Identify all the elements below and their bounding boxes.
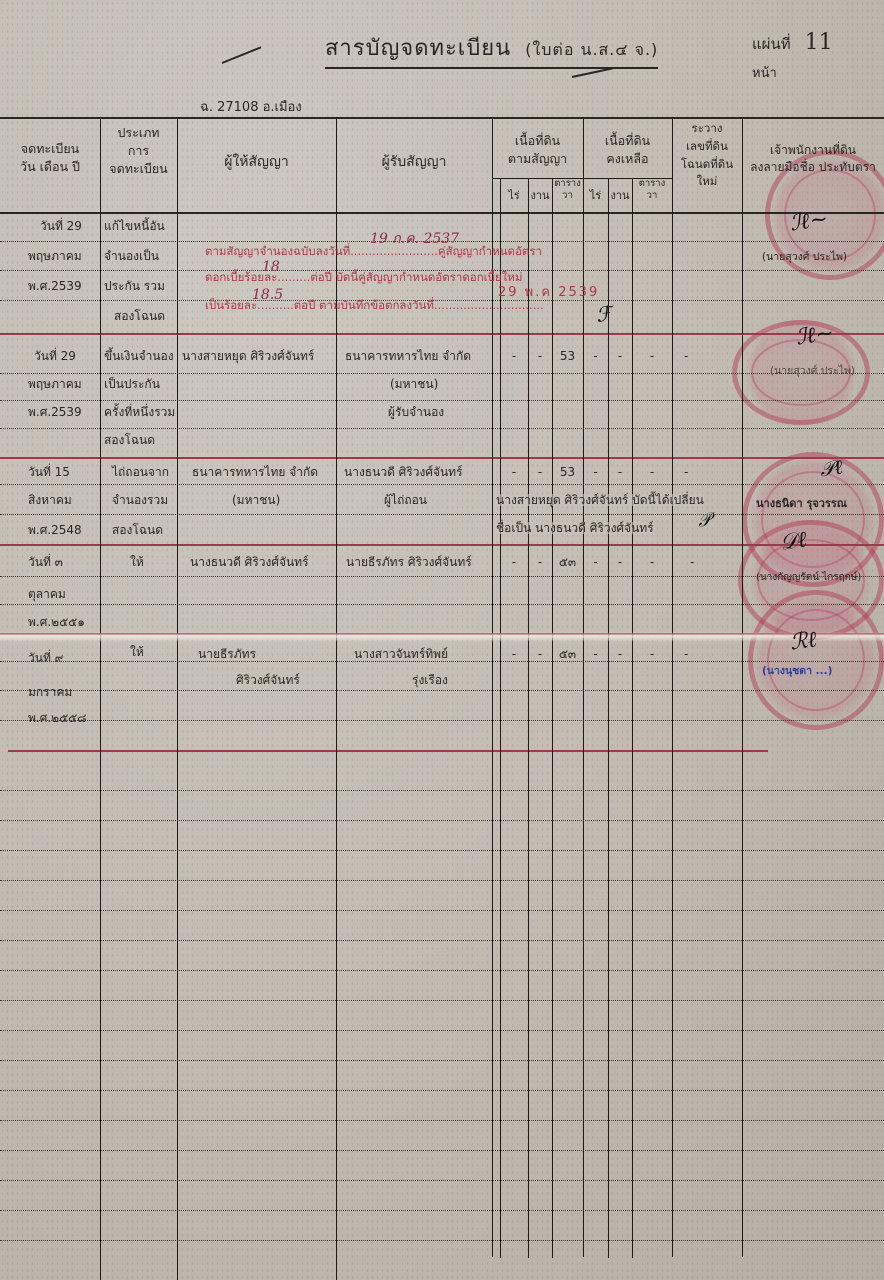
- header-line: ใหม่: [672, 173, 742, 191]
- header-grantee: ผู้รับสัญญา: [336, 152, 492, 172]
- grantor-name: ธนาคารทหารไทย จำกัด: [192, 466, 318, 478]
- entry-date-day: วันที่ ๓: [28, 556, 63, 568]
- header-rai-remaining: ไร่: [583, 188, 608, 204]
- grantee-name: รุ่งเรือง: [412, 674, 448, 686]
- contract-ngan: -: [528, 350, 552, 362]
- entry-date-day: วันที่ ๙: [28, 652, 63, 664]
- new-deed: -: [690, 556, 694, 568]
- contract-sq-wa: ๕๓: [552, 648, 583, 660]
- header-line: วา: [632, 190, 672, 202]
- sheet-number-value: 11: [805, 30, 833, 55]
- entry-date-month: ตุลาคม: [28, 588, 66, 600]
- entry-type: จำนองรวม: [112, 494, 168, 506]
- entry-type: ให้: [130, 556, 144, 568]
- header-line: โฉนดที่ดิน: [672, 156, 742, 174]
- annotation-line: ดอกเบี้ยร้อยละ.........ต่อปี บัดนี้คู่สั…: [205, 272, 522, 284]
- name-change-remark: นางสายหยุด ศิริวงศ์จันทร์ บัดนี้ได้เปลี่…: [496, 494, 704, 506]
- entry-date-year: พ.ศ.๒๕๕๘: [28, 712, 87, 724]
- grantor-name: (มหาชน): [232, 494, 280, 506]
- entry-date-month: พฤษภาคม: [28, 250, 82, 262]
- header-line: ประเภท: [100, 124, 177, 142]
- contract-ngan: -: [528, 648, 552, 660]
- header-line: จดทะเบียน: [100, 160, 177, 178]
- contract-sq-wa: 53: [552, 350, 583, 362]
- entry-date-year: พ.ศ.๒๕๕๑: [28, 616, 85, 628]
- handwritten-old-rate: 18: [262, 260, 280, 274]
- page-label: หน้า: [752, 62, 777, 83]
- handwritten-new-rate: 18.5: [252, 288, 283, 302]
- sheet-label: แผ่นที่: [752, 35, 791, 53]
- entry-date-month: พฤษภาคม: [28, 378, 82, 390]
- entry-date-year: พ.ศ.2539: [28, 280, 82, 292]
- paper-fold-crease: [0, 632, 884, 642]
- header-sq-wa-remaining: ตาราง วา: [632, 178, 672, 203]
- contract-rai: -: [500, 350, 528, 362]
- header-line: วัน เดือน ปี: [0, 158, 100, 176]
- entry-type: ให้: [130, 646, 144, 658]
- entry-type: แก้ไขหนี้อัน: [104, 220, 165, 232]
- header-line: ตามสัญญา: [492, 150, 583, 168]
- contract-ngan: -: [528, 556, 552, 568]
- header-line: เนื้อที่ดิน: [583, 132, 672, 150]
- new-deed: -: [684, 466, 688, 478]
- official-seal-stamp: [748, 590, 884, 730]
- entry-date-day: วันที่ 29: [34, 350, 76, 362]
- officer-name-stamp: (นางนุชดา ...): [762, 662, 832, 679]
- header-line: คงเหลือ: [583, 150, 672, 168]
- entry-type: สองโฉนด: [104, 434, 155, 446]
- entry-type: จำนองเป็น: [104, 250, 159, 262]
- contract-rai: -: [500, 648, 528, 660]
- officer-signature: ℛℓ: [788, 626, 818, 655]
- remaining-rai: -: [583, 556, 608, 568]
- grantee-role: ผู้รับจำนอง: [388, 406, 444, 418]
- contract-rai: -: [500, 466, 528, 478]
- grantee-name: นางสาวจันทร์ทิพย์: [354, 648, 448, 660]
- entry-type: ครั้งที่หนึ่งรวม: [104, 406, 175, 418]
- header-line: จดทะเบียน: [0, 140, 100, 158]
- date-stamp: 29 พ.ค 2539: [498, 286, 599, 299]
- new-deed: -: [684, 648, 688, 660]
- header-land-remaining: เนื้อที่ดิน คงเหลือ: [583, 132, 672, 168]
- entry-date-month: มกราคม: [28, 686, 72, 698]
- header-line: ตาราง: [632, 178, 672, 190]
- contract-ngan: -: [528, 466, 552, 478]
- grantee-name: นางธนวดี ศิริวงศ์จันทร์: [344, 466, 463, 478]
- remaining-sq-wa: -: [632, 466, 672, 478]
- grantee-name: ธนาคารทหารไทย จำกัด: [345, 350, 471, 362]
- contract-rai: -: [500, 556, 528, 568]
- initials-signature: 𝒫: [697, 509, 713, 532]
- remaining-rai: -: [583, 350, 608, 362]
- remaining-sq-wa: -: [632, 648, 672, 660]
- grantor-name: นายธีรภัทร: [198, 648, 256, 660]
- contract-sq-wa: 53: [552, 466, 583, 478]
- sheet-number: แผ่นที่11: [752, 30, 833, 56]
- header-registration-type: ประเภท การ จดทะเบียน: [100, 124, 177, 178]
- header-new-deed: ระวาง เลขที่ดิน โฉนดที่ดิน ใหม่: [672, 120, 742, 191]
- header-line: การ: [100, 142, 177, 160]
- entry-type: ไถ่ถอนจาก: [112, 466, 169, 478]
- contract-sq-wa: ๕๓: [552, 556, 583, 568]
- header-line: เนื้อที่ดิน: [492, 132, 583, 150]
- header-ngan: งาน: [528, 188, 552, 204]
- header-sq-wa: ตาราง วา: [552, 178, 583, 203]
- header-line: เจ้าพนักงานที่ดิน: [742, 142, 884, 159]
- remaining-sq-wa: -: [632, 556, 672, 568]
- header-line: วา: [552, 190, 583, 202]
- annotation-line: ตามสัญญาจำนองฉบับลงวันที่...............…: [205, 246, 542, 258]
- deed-reference: ฉ. 27108 อ.เมือง: [200, 96, 302, 117]
- grantee-name: (มหาชน): [390, 378, 438, 390]
- remaining-ngan: -: [608, 350, 632, 362]
- officer-signature: ℐℓ~: [794, 319, 835, 350]
- grantor-name: นางธนวดี ศิริวงศ์จันทร์: [190, 556, 309, 568]
- remaining-rai: -: [583, 466, 608, 478]
- header-grantor: ผู้ให้สัญญา: [177, 152, 336, 172]
- grantee-role: ผู้ไถ่ถอน: [384, 494, 427, 506]
- officer-signature: 𝒟ℓ: [778, 526, 808, 555]
- entry-date-day: วันที่ 29: [40, 220, 82, 232]
- grantor-name: ศิริวงศ์จันทร์: [236, 674, 300, 686]
- officer-signature: 𝒫ℓ: [818, 455, 844, 483]
- remaining-ngan: -: [608, 556, 632, 568]
- header-line: ตาราง: [552, 178, 583, 190]
- entry-date-month: สิงหาคม: [28, 494, 72, 506]
- remaining-ngan: -: [608, 466, 632, 478]
- handwritten-date: 19 ก.ค. 2537: [370, 232, 459, 246]
- new-deed: -: [684, 350, 688, 362]
- name-change-remark: ชื่อเป็น นางธนวดี ศิริวงศ์จันทร์: [496, 522, 654, 534]
- officer-signature: ℐℓ~: [788, 205, 829, 236]
- officer-name: (นางกัญญรัตน์ ไกรฤกษ์): [756, 570, 861, 585]
- header-rai: ไร่: [500, 188, 528, 204]
- title-suffix: (ใบต่อ น.ส.๔ จ.): [525, 40, 658, 59]
- grantor-name: นางสายหยุด ศิริวงศ์จันทร์: [182, 350, 314, 362]
- initials-signature: ℱ: [594, 301, 613, 327]
- header-ngan-remaining: งาน: [608, 188, 632, 204]
- grantee-name: นายธีรภัทร ศิริวงศ์จันทร์: [346, 556, 472, 568]
- entry-type: เป็นประกัน: [104, 378, 160, 390]
- officer-name: นางธนิดา รุจวรรณ: [756, 494, 847, 512]
- header-line: ระวาง: [672, 120, 742, 138]
- entry-type: สองโฉนด: [114, 310, 165, 322]
- title-text: สารบัญจดทะเบียน: [325, 36, 511, 61]
- entry-type: ประกัน รวม: [104, 280, 165, 292]
- header-registration-date: จดทะเบียน วัน เดือน ปี: [0, 140, 100, 176]
- remaining-sq-wa: -: [632, 350, 672, 362]
- document-title: สารบัญจดทะเบียน(ใบต่อ น.ส.๔ จ.): [325, 30, 658, 69]
- header-land-by-contract: เนื้อที่ดิน ตามสัญญา: [492, 132, 583, 168]
- entry-type: สองโฉนด: [112, 524, 163, 536]
- header-line: ลงลายมือชื่อ ประทับตรา: [742, 159, 884, 176]
- header-line: เลขที่ดิน: [672, 138, 742, 156]
- entry-date-day: วันที่ 15: [28, 466, 70, 478]
- entry-date-year: พ.ศ.2539: [28, 406, 82, 418]
- remaining-ngan: -: [608, 648, 632, 660]
- header-officer: เจ้าพนักงานที่ดิน ลงลายมือชื่อ ประทับตรา: [742, 142, 884, 177]
- officer-name: (นายสุวงศ์ ประไพ): [770, 362, 855, 379]
- remaining-rai: -: [583, 648, 608, 660]
- officer-name: (นายสุวงศ์ ประไพ): [762, 248, 847, 265]
- entry-type: ขึ้นเงินจำนอง: [104, 350, 174, 362]
- entry-date-year: พ.ศ.2548: [28, 524, 82, 536]
